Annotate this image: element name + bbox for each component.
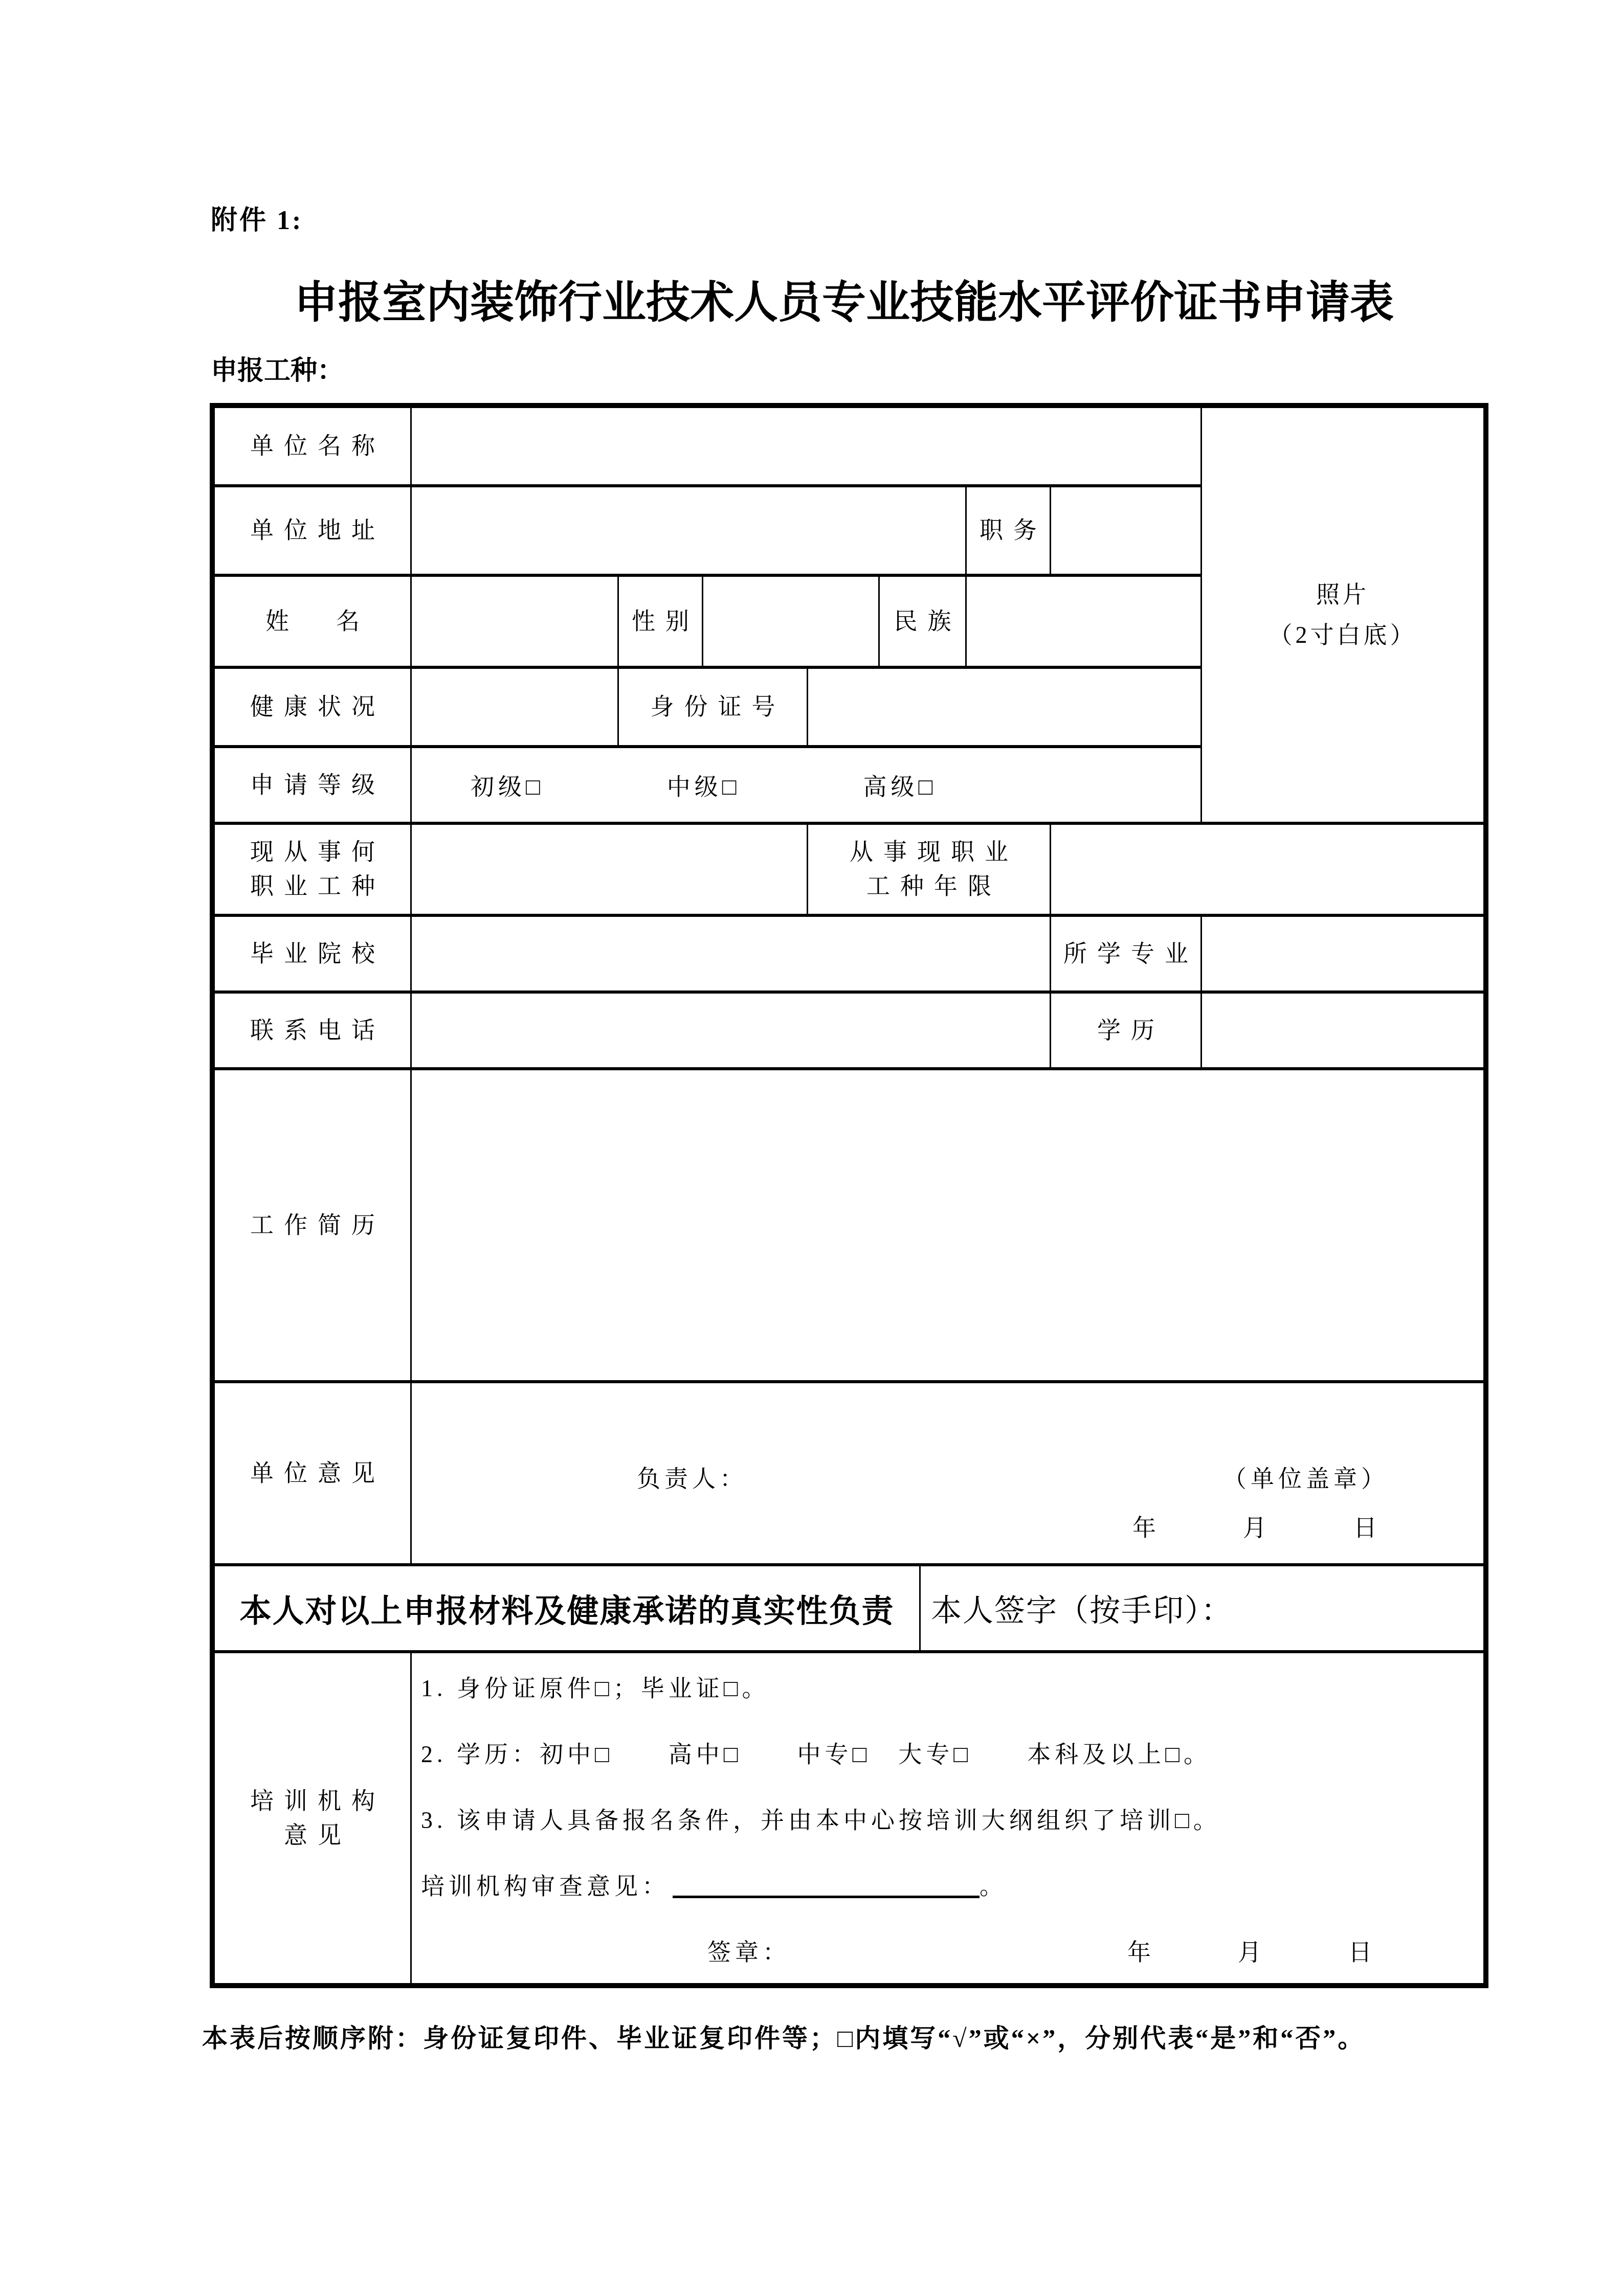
table-row-name: 姓 名 性别 民族 [215,577,1202,669]
id-number-field[interactable] [808,669,1202,745]
level-intermediate-checkbox[interactable]: 中级□ [667,768,741,802]
page-title: 申报室内装饰行业技术人员专业技能水平评价证书申请表 [210,267,1478,330]
table-row-level: 申请等级 初级□ 中级□ 高级□ [215,748,1202,825]
health-field[interactable] [412,669,619,745]
applicant-signature-label: 本人签字（按手印）： [931,1586,1233,1630]
major-label: 所学专业 [1051,917,1202,991]
attachment-label: 附件 1: [211,198,303,237]
table-row-unit-opinion: 单位意见 负责人： （单位盖章） 年 月 日 [215,1383,1483,1566]
training-date: 年 月 日 [1127,1933,1376,1967]
phone-field[interactable] [412,994,1051,1067]
application-table: 照片 （2寸白底） 单位名称 单位地址 职务 姓 名 性别 民族 健康状况 [210,403,1488,1988]
table-row-resume: 工作简历 [215,1070,1483,1383]
table-row-current-trade: 现从事何 职业工种 从事现职业 工种年限 [215,825,1483,917]
unit-opinion-label: 单位意见 [215,1383,412,1563]
photo-label-line2: （2寸白底） [1269,615,1417,655]
training-review-line: 培训机构审查意见： 。 [421,1851,1483,1917]
current-trade-label: 现从事何 职业工种 [215,825,412,914]
training-review-label: 培训机构审查意见： [421,1867,670,1901]
current-trade-label-line1: 现从事何 [250,835,385,869]
trade-field-label: 申报工种： [211,349,344,387]
training-opinion-content: 1. 身份证原件□；毕业证□。 2. 学历：初中□ 高中□ 中专□ 大专□ 本科… [412,1653,1483,1983]
photo-label-line1: 照片 [1316,575,1369,615]
applicant-signature-field[interactable]: 本人签字（按手印）： [921,1566,1483,1650]
ethnicity-label: 民族 [880,577,967,666]
principal-sign-label: 负责人： [637,1460,747,1494]
trade-years-label-line2: 工种年限 [866,869,1002,904]
training-review-period: 。 [980,1867,1007,1901]
unit-opinion-date: 年 月 日 [412,1509,1483,1543]
training-review-blank-line[interactable] [673,1871,980,1898]
unit-opinion-line1: 负责人： （单位盖章） [412,1460,1483,1494]
training-item-1[interactable]: 1. 身份证原件□；毕业证□。 [421,1653,1483,1719]
resume-field[interactable] [412,1070,1483,1380]
name-label: 姓 名 [215,577,412,666]
major-field[interactable] [1202,917,1483,991]
table-row-unit-address: 单位地址 职务 [215,487,1202,577]
position-label: 职务 [967,487,1051,574]
table-row-unit-name: 单位名称 [215,408,1202,487]
unit-opinion-field[interactable]: 负责人： （单位盖章） 年 月 日 [412,1383,1483,1563]
name-field[interactable] [412,577,619,666]
training-opinion-label: 培训机构 意见 [215,1653,412,1983]
unit-name-field[interactable] [412,408,1202,484]
training-seal-label: 签章： [707,1933,790,1967]
table-row-health: 健康状况 身份证号 [215,669,1202,748]
level-options: 初级□ 中级□ 高级□ [412,768,1200,802]
unit-seal-note: （单位盖章） [1223,1460,1389,1494]
school-label: 毕业院校 [215,917,412,991]
gender-label: 性别 [619,577,703,666]
id-number-label: 身份证号 [619,669,808,745]
ethnicity-field[interactable] [967,577,1202,666]
table-row-school: 毕业院校 所学专业 [215,917,1483,994]
current-trade-label-line2: 职业工种 [250,869,385,904]
commitment-statement: 本人对以上申报材料及健康承诺的真实性负责 [215,1566,921,1650]
training-item-2[interactable]: 2. 学历：初中□ 高中□ 中专□ 大专□ 本科及以上□。 [421,1719,1483,1785]
level-options-cell: 初级□ 中级□ 高级□ [412,748,1202,822]
level-label: 申请等级 [215,748,412,822]
unit-address-field[interactable] [412,487,967,574]
school-field[interactable] [412,917,1051,991]
training-item-3[interactable]: 3. 该申请人具备报名条件，并由本中心按培训大纲组织了培训□。 [421,1785,1483,1851]
unit-name-label: 单位名称 [215,408,412,484]
resume-label: 工作简历 [215,1070,412,1380]
level-junior-checkbox[interactable]: 初级□ [471,768,544,802]
training-opinion-label-line1: 培训机构 [250,1784,385,1818]
health-label: 健康状况 [215,669,412,745]
current-trade-field[interactable] [412,825,808,914]
photo-placeholder[interactable]: 照片 （2寸白底） [1202,408,1483,825]
trade-years-label: 从事现职业 工种年限 [808,825,1051,914]
application-form-page: 附件 1: 申报室内装饰行业技术人员专业技能水平评价证书申请表 申报工种： 照片… [0,0,1624,2296]
table-row-commitment: 本人对以上申报材料及健康承诺的真实性负责 本人签字（按手印）： [215,1566,1483,1653]
level-senior-checkbox[interactable]: 高级□ [863,768,937,802]
footer-note: 本表后按顺序附：身份证复印件、毕业证复印件等；□内填写“√”或“×”，分别代表“… [202,2018,1532,2055]
training-seal-line: 签章： 年 月 日 [421,1917,1483,1983]
education-label: 学历 [1051,994,1202,1067]
education-field[interactable] [1202,994,1483,1067]
phone-label: 联系电话 [215,994,412,1067]
table-row-training-opinion: 培训机构 意见 1. 身份证原件□；毕业证□。 2. 学历：初中□ 高中□ 中专… [215,1653,1483,1983]
trade-years-field[interactable] [1051,825,1483,914]
table-row-phone: 联系电话 学历 [215,994,1483,1070]
position-field[interactable] [1051,487,1202,574]
trade-years-label-line1: 从事现职业 [850,835,1018,869]
unit-address-label: 单位地址 [215,487,412,574]
gender-field[interactable] [703,577,880,666]
training-opinion-label-line2: 意见 [284,1818,351,1853]
